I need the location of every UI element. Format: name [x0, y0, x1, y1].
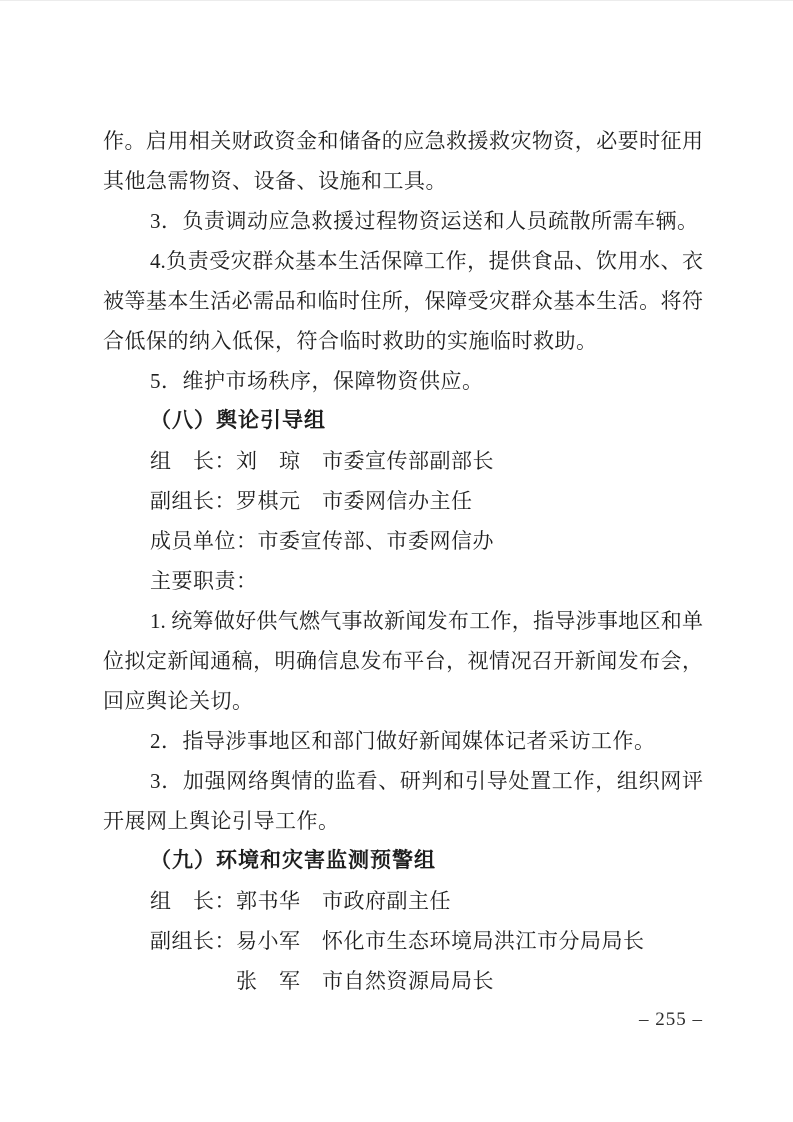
text-line: 开展网上舆论引导工作。 — [103, 801, 703, 841]
section-heading-9: （九）环境和灾害监测预警组 — [103, 841, 703, 881]
text-line: 作。启用相关财政资金和储备的应急救援救灾物资，必要时征用 — [103, 121, 703, 161]
text-line: 张 军 市自然资源局局长 — [103, 961, 703, 1001]
text-line: 1. 统筹做好供气燃气事故新闻发布工作，指导涉事地区和单 — [103, 601, 703, 641]
text-line: 3．加强网络舆情的监看、研判和引导处置工作，组织网评员 — [103, 761, 703, 801]
text-line: 组 长：刘 琼 市委宣传部副部长 — [103, 441, 703, 481]
text-line: 副组长：易小军 怀化市生态环境局洪江市分局局长 — [103, 921, 703, 961]
text-line: 3．负责调动应急救援过程物资运送和人员疏散所需车辆。 — [103, 201, 703, 241]
section-heading-8: （八）舆论引导组 — [103, 401, 703, 441]
text-line: 2．指导涉事地区和部门做好新闻媒体记者采访工作。 — [103, 721, 703, 761]
text-line: 组 长：郭书华 市政府副主任 — [103, 881, 703, 921]
text-line: 被等基本生活必需品和临时住所，保障受灾群众基本生活。将符 — [103, 281, 703, 321]
text-line: 回应舆论关切。 — [103, 681, 703, 721]
text-line: 副组长：罗棋元 市委网信办主任 — [103, 481, 703, 521]
text-line: 4.负责受灾群众基本生活保障工作，提供食品、饮用水、衣 — [103, 241, 703, 281]
text-line: 合低保的纳入低保，符合临时救助的实施临时救助。 — [103, 321, 703, 361]
text-line: 主要职责： — [103, 561, 703, 601]
page-body-text: 作。启用相关财政资金和储备的应急救援救灾物资，必要时征用 其他急需物资、设备、设… — [103, 121, 703, 1001]
text-line: 位拟定新闻通稿，明确信息发布平台，视情况召开新闻发布会， — [103, 641, 703, 681]
text-line: 其他急需物资、设备、设施和工具。 — [103, 161, 703, 201]
page-number: – 255 – — [593, 1005, 703, 1035]
text-line: 成员单位：市委宣传部、市委网信办 — [103, 521, 703, 561]
document-page: 作。启用相关财政资金和储备的应急救援救灾物资，必要时征用 其他急需物资、设备、设… — [0, 0, 793, 1122]
text-line: 5．维护市场秩序，保障物资供应。 — [103, 361, 703, 401]
